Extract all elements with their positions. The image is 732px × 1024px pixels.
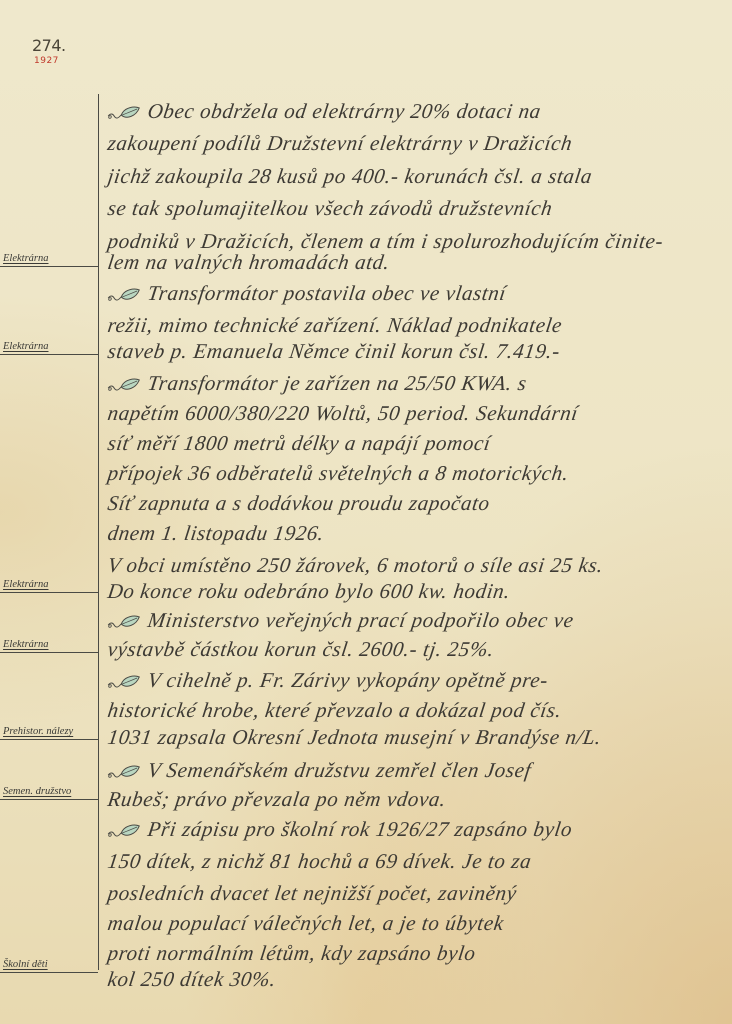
line-text: výstavbě částkou korun čsl. 2600.- tj. 2…	[106, 637, 496, 661]
handwritten-line: výstavbě částkou korun čsl. 2600.- tj. 2…	[106, 636, 710, 662]
handwritten-line: síť měří 1800 metrů délky a napájí pomoc…	[106, 430, 710, 456]
line-text: 1031 zapsala Okresní Jednota musejní v B…	[106, 725, 603, 749]
line-text: jichž zakoupila 28 kusů po 400.- korunác…	[106, 164, 594, 188]
margin-note: Elektrárna	[0, 638, 98, 653]
handwritten-line: Rubeš; právo převzala po něm vdova.	[106, 786, 710, 812]
leaf-ornament-icon	[106, 822, 143, 840]
line-text: 150 dítek, z nichž 81 hochů a 69 dívek. …	[106, 849, 533, 873]
line-text: lem na valných hromadách atd.	[106, 250, 391, 274]
handwritten-line: proti normálním létům, kdy zapsáno bylo	[106, 940, 710, 966]
line-text: napětím 6000/380/220 Woltů, 50 period. S…	[106, 401, 580, 425]
line-text: zakoupení podílů Družstevní elektrárny v…	[106, 131, 574, 155]
handwritten-line: zakoupení podílů Družstevní elektrárny v…	[106, 130, 710, 156]
line-text: V cihelně p. Fr. Zárivy vykopány opětně …	[146, 668, 550, 692]
margin-note: Školní děti	[0, 958, 98, 973]
handwritten-line: Při zápisu pro školní rok 1926/27 zapsán…	[106, 816, 710, 842]
handwritten-line: jichž zakoupila 28 kusů po 400.- korunác…	[106, 163, 710, 189]
line-text: Obec obdržela od elektrárny 20% dotaci n…	[146, 99, 543, 123]
margin-rule	[98, 94, 99, 970]
handwritten-line: V obci umístěno 250 žárovek, 6 motorů o …	[106, 552, 710, 578]
line-text: V Semenářském družstvu zemřel člen Josef	[146, 758, 533, 782]
margin-note: Elektrárna	[0, 340, 98, 355]
margin-note: Elektrárna	[0, 252, 98, 267]
line-text: kol 250 dítek 30%.	[106, 967, 278, 991]
leaf-ornament-icon	[106, 376, 143, 394]
line-text: Do konce roku odebráno bylo 600 kw. hodi…	[106, 579, 512, 603]
line-text: Při zápisu pro školní rok 1926/27 zapsán…	[146, 817, 574, 841]
handwritten-line: režii, mimo technické zařízení. Náklad p…	[106, 312, 710, 338]
page-year: 1927	[34, 56, 59, 66]
handwritten-line: 1031 zapsala Okresní Jednota musejní v B…	[106, 724, 710, 750]
handwritten-line: Síť zapnuta a s dodávkou proudu započato	[106, 490, 710, 516]
handwritten-line: se tak spolumajitelkou všech závodů druž…	[106, 195, 710, 221]
handwritten-line: Do konce roku odebráno bylo 600 kw. hodi…	[106, 578, 710, 604]
line-text: proti normálním létům, kdy zapsáno bylo	[106, 941, 477, 965]
line-text: přípojek 36 odběratelů světelných a 8 mo…	[106, 461, 570, 485]
handwritten-line: kol 250 dítek 30%.	[106, 966, 710, 992]
handwritten-line: posledních dvacet let nejnižší počet, za…	[106, 880, 710, 906]
leaf-ornament-icon	[106, 613, 143, 631]
handwritten-line: dnem 1. listopadu 1926.	[106, 520, 710, 546]
line-text: malou populací válečných let, a je to úb…	[106, 911, 505, 935]
handwritten-line: Ministerstvo veřejných prací podpořilo o…	[106, 607, 710, 633]
leaf-ornament-icon	[106, 763, 143, 781]
line-text: síť měří 1800 metrů délky a napájí pomoc…	[106, 431, 492, 455]
chronicle-page: 274. 1927 ElektrárnaElektrárnaElektrárna…	[0, 0, 732, 1024]
page-number: 274.	[32, 36, 66, 55]
margin-note: Semen. družstvo	[0, 785, 98, 800]
line-text: posledních dvacet let nejnižší počet, za…	[106, 881, 518, 905]
line-text: Rubeš; právo převzala po něm vdova.	[106, 787, 448, 811]
line-text: dnem 1. listopadu 1926.	[106, 521, 326, 545]
handwritten-line: Obec obdržela od elektrárny 20% dotaci n…	[106, 98, 710, 124]
line-text: Transformátor je zařízen na 25/50 KWA. s	[146, 371, 528, 395]
handwritten-line: lem na valných hromadách atd.	[106, 249, 710, 275]
line-text: Transformátor postavila obec ve vlastní	[146, 281, 508, 305]
handwritten-line: V Semenářském družstvu zemřel člen Josef	[106, 757, 710, 783]
line-text: Ministerstvo veřejných prací podpořilo o…	[146, 608, 575, 632]
handwritten-line: Transformátor postavila obec ve vlastní	[106, 280, 710, 306]
line-text: režii, mimo technické zařízení. Náklad p…	[106, 313, 564, 337]
margin-note: Prehistor. nálezy	[0, 725, 98, 740]
handwritten-line: přípojek 36 odběratelů světelných a 8 mo…	[106, 460, 710, 486]
handwritten-line: V cihelně p. Fr. Zárivy vykopány opětně …	[106, 667, 710, 693]
leaf-ornament-icon	[106, 286, 143, 304]
handwritten-line: Transformátor je zařízen na 25/50 KWA. s	[106, 370, 710, 396]
handwritten-line: napětím 6000/380/220 Woltů, 50 period. S…	[106, 400, 710, 426]
margin-note: Elektrárna	[0, 578, 98, 593]
handwritten-line: malou populací válečných let, a je to úb…	[106, 910, 710, 936]
line-text: staveb p. Emanuela Němce činil korun čsl…	[106, 339, 562, 363]
line-text: V obci umístěno 250 žárovek, 6 motorů o …	[106, 553, 605, 577]
handwritten-line: staveb p. Emanuela Němce činil korun čsl…	[106, 338, 710, 364]
line-text: historické hrobe, které převzalo a dokáz…	[106, 698, 563, 722]
line-text: se tak spolumajitelkou všech závodů druž…	[106, 196, 554, 220]
line-text: Síť zapnuta a s dodávkou proudu započato	[106, 491, 491, 515]
leaf-ornament-icon	[106, 673, 143, 691]
leaf-ornament-icon	[106, 104, 143, 122]
handwritten-line: historické hrobe, které převzalo a dokáz…	[106, 697, 710, 723]
handwritten-line: 150 dítek, z nichž 81 hochů a 69 dívek. …	[106, 848, 710, 874]
